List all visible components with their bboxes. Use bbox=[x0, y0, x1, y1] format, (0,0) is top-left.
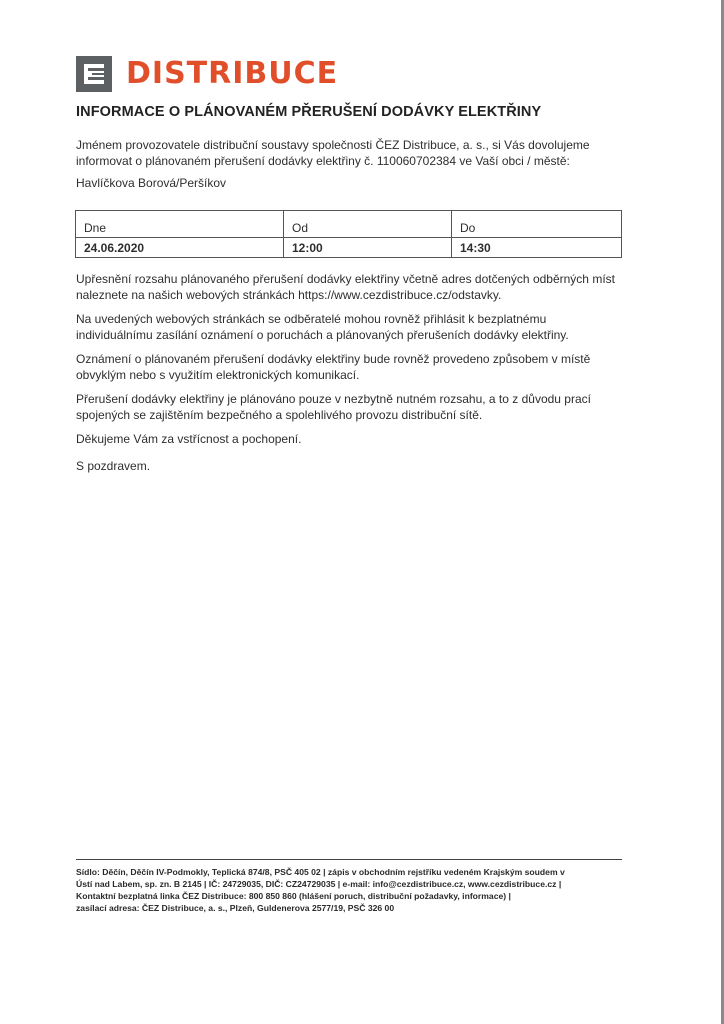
paragraph-announcement: Oznámení o plánovaném přerušení dodávky … bbox=[76, 352, 590, 383]
footer: Sídlo: Děčín, Děčín IV-Podmokly, Teplick… bbox=[76, 866, 565, 914]
paragraph-line: individuálnímu zasílání oznámení o poruc… bbox=[76, 328, 569, 344]
thanks-line: Děkujeme Vám za vstřícnost a pochopení. bbox=[76, 432, 301, 448]
outage-table: Dne Od Do 24.06.2020 12:00 14:30 bbox=[75, 210, 622, 258]
regards-line: S pozdravem. bbox=[76, 459, 150, 475]
footer-line-2: Ústí nad Labem, sp. zn. B 2145 | IČ: 247… bbox=[76, 878, 565, 890]
value-to: 14:30 bbox=[452, 238, 622, 258]
paragraph-line: Na uvedených webových stránkách se odběr… bbox=[76, 312, 569, 328]
intro-paragraph: Jménem provozovatele distribuční soustav… bbox=[76, 138, 590, 169]
header-from: Od bbox=[284, 211, 452, 238]
paragraph-reason: Přerušení dodávky elektřiny je plánováno… bbox=[76, 392, 591, 423]
table-header-row: Dne Od Do bbox=[76, 211, 622, 238]
cez-e-logo-icon bbox=[76, 56, 112, 92]
intro-line-2: informovat o plánovaném přerušení dodávk… bbox=[76, 154, 590, 170]
header-to: Do bbox=[452, 211, 622, 238]
footer-line-1: Sídlo: Děčín, Děčín IV-Podmokly, Teplick… bbox=[76, 866, 565, 878]
paragraph-subscription: Na uvedených webových stránkách se odběr… bbox=[76, 312, 569, 343]
location: Havlíčkova Borová/Peršíkov bbox=[76, 176, 226, 192]
paragraph-details-website: Upřesnění rozsahu plánovaného přerušení … bbox=[76, 272, 615, 303]
footer-line-3: Kontaktní bezplatná linka ČEZ Distribuce… bbox=[76, 890, 565, 902]
intro-line-1: Jménem provozovatele distribuční soustav… bbox=[76, 138, 590, 154]
paragraph-line: Oznámení o plánovaném přerušení dodávky … bbox=[76, 352, 590, 368]
footer-line-4: zasílací adresa: ČEZ Distribuce, a. s., … bbox=[76, 902, 565, 914]
footer-divider bbox=[76, 859, 622, 860]
document-title: INFORMACE O PLÁNOVANÉM PŘERUŠENÍ DODÁVKY… bbox=[76, 104, 541, 120]
paragraph-line: Přerušení dodávky elektřiny je plánováno… bbox=[76, 392, 591, 408]
paragraph-line: naleznete na našich webových stránkách h… bbox=[76, 288, 615, 304]
paragraph-line: Upřesnění rozsahu plánovaného přerušení … bbox=[76, 272, 615, 288]
value-from: 12:00 bbox=[284, 238, 452, 258]
company-logo: DISTRIBUCE bbox=[76, 56, 338, 92]
paragraph-line: obvyklým nebo s využitím elektronických … bbox=[76, 368, 590, 384]
header-date: Dne bbox=[76, 211, 284, 238]
paragraph-line: spojených se zajištěním bezpečného a spo… bbox=[76, 408, 591, 424]
table-row: 24.06.2020 12:00 14:30 bbox=[76, 238, 622, 258]
value-date: 24.06.2020 bbox=[76, 238, 284, 258]
brand-name: DISTRIBUCE bbox=[126, 56, 338, 92]
